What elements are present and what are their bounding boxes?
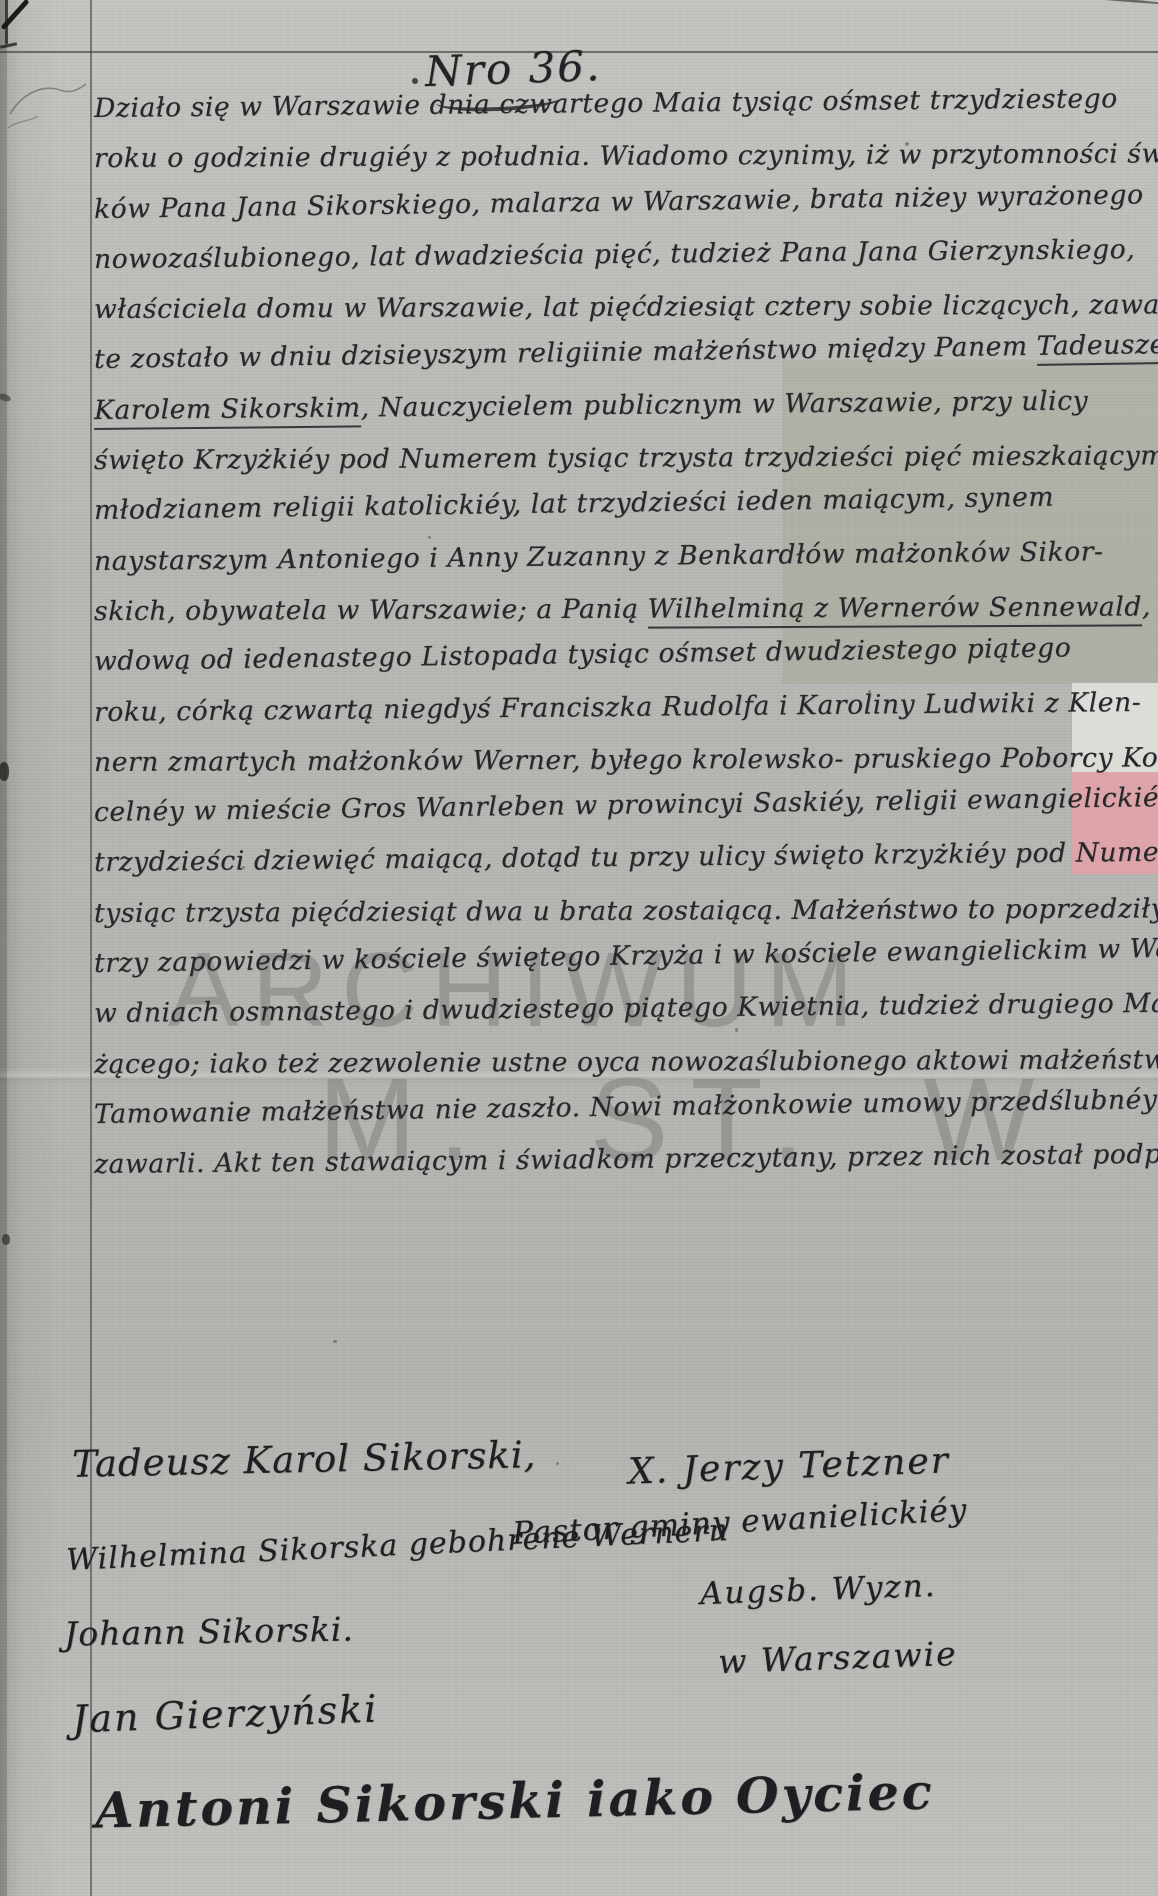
- manuscript-line: trzydzieści dziewięć maiącą, dotąd tu pr…: [94, 828, 1154, 888]
- pastor-title-line-2: Augsb. Wyzn.: [699, 1568, 937, 1612]
- manuscript-segment: roku, córką czwartą niegdyś Franciszka R…: [94, 687, 1142, 728]
- manuscript-line: zawarli. Akt ten stawaiącym i świadkom p…: [94, 1130, 1154, 1190]
- margin-pencil-scribble: [8, 70, 98, 132]
- manuscript-segment: celnéy w mieście Gros Wanrleben w prowin…: [94, 781, 1158, 828]
- manuscript-line: Karolem Sikorskim, Nauczycielem publiczn…: [94, 376, 1154, 436]
- manuscript-segment: wdową od iedenastego Listopada tysiąc oś…: [94, 633, 1072, 678]
- underlined-name: Karolem Sikorskim: [94, 392, 361, 430]
- manuscript-segment: roku o godzinie drugiéy z południa. Wiad…: [94, 138, 1158, 174]
- top-right-edge-mark: [1040, 0, 1158, 6]
- manuscript-segment: naystarszym Antoniego i Anny Zuzanny z B…: [94, 536, 1104, 577]
- manuscript-line: roku, córką czwartą niegdyś Franciszka R…: [94, 677, 1154, 737]
- signature-pastor: X. Jerzy Tetzner: [627, 1440, 950, 1492]
- left-margin-line: [90, 0, 92, 1896]
- signature-witness-jan-gierzynski: Jan Gierzyński: [71, 1687, 379, 1742]
- manuscript-segment: młodzianem religii katolickiéy, lat trzy…: [94, 482, 1054, 526]
- manuscript-segment: święto Krzyżkiéy pod Numerem tysiąc trzy…: [94, 440, 1158, 476]
- pastor-title-line-3: w Warszawie: [717, 1634, 958, 1681]
- edge-ink-blob: [2, 1234, 10, 1245]
- manuscript-segment: nern zmartych małżonków Werner, byłego k…: [94, 742, 1158, 778]
- underlined-name: Tadeuszem: [1036, 329, 1158, 366]
- signature-groom: Tadeusz Karol Sikorski,: [72, 1433, 537, 1486]
- manuscript-line: w dniach osmnastego i dwudziestego piąte…: [94, 979, 1154, 1039]
- manuscript-segment: w dniach osmnastego i dwudziestego piąte…: [94, 987, 1158, 1030]
- manuscript-line: naystarszym Antoniego i Anny Zuzanny z B…: [94, 526, 1154, 586]
- manuscript-segment: te zostało w dniu dzisieyszym religiinie…: [94, 331, 1037, 375]
- manuscript-segment: ,: [1142, 591, 1151, 622]
- scanned-marriage-record-page: ARCHIWUM M. ST. W Nro 36. Działo się w W…: [0, 0, 1158, 1896]
- manuscript-segment: ków Pana Jana Sikorskiego, malarza w War…: [94, 179, 1144, 225]
- manuscript-line: Działo się w Warszawie dnia czwartego Ma…: [94, 74, 1154, 134]
- manuscript-segment: zawarli. Akt ten stawaiącym i świadkom p…: [94, 1138, 1158, 1180]
- manuscript-segment: Działo się w Warszawie dnia czwartego Ma…: [94, 83, 1118, 124]
- manuscript-text: Działo się w Warszawie dnia czwartego Ma…: [94, 84, 1154, 1191]
- manuscript-segment: nowozaślubionego, lat dwadzieścia pięć, …: [94, 234, 1136, 275]
- manuscript-segment: Tamowanie małżeństwa nie zaszło. Nowi ma…: [94, 1083, 1158, 1130]
- manuscript-line: nowozaślubionego, lat dwadzieścia pięć, …: [94, 225, 1154, 285]
- manuscript-segment: , Nauczycielem publicznym w Warszawie, p…: [361, 385, 1089, 423]
- pastor-title-line-1: Pastor gminy ewanielickiéy: [511, 1492, 968, 1552]
- signature-father-antoni-sikorski: Antoni Sikorski iako Oyciec: [94, 1762, 935, 1839]
- manuscript-segment: trzy zapowiedzi w kościele świętego Krzy…: [94, 931, 1158, 979]
- manuscript-segment: trzydzieści dziewięć maiącą, dotąd tu pr…: [94, 837, 1158, 879]
- edge-ink-blob: [0, 762, 9, 781]
- paper-speck: [333, 1340, 337, 1343]
- signature-witness-johann-sikorski: Johann Sikorski.: [64, 1609, 354, 1653]
- paper-speck: [556, 1462, 559, 1465]
- manuscript-segment: właściciela domu w Warszawie, lat pięćdz…: [94, 289, 1158, 325]
- manuscript-segment: żącego; iako też zezwolenie ustne oyca n…: [94, 1043, 1158, 1079]
- manuscript-segment: skich, obywatela w Warszawie; a Panią: [94, 594, 648, 627]
- manuscript-segment: tysiąc trzysta pięćdziesiąt dwa u brata …: [94, 893, 1158, 929]
- page-edge-shadow: [0, 0, 7, 1896]
